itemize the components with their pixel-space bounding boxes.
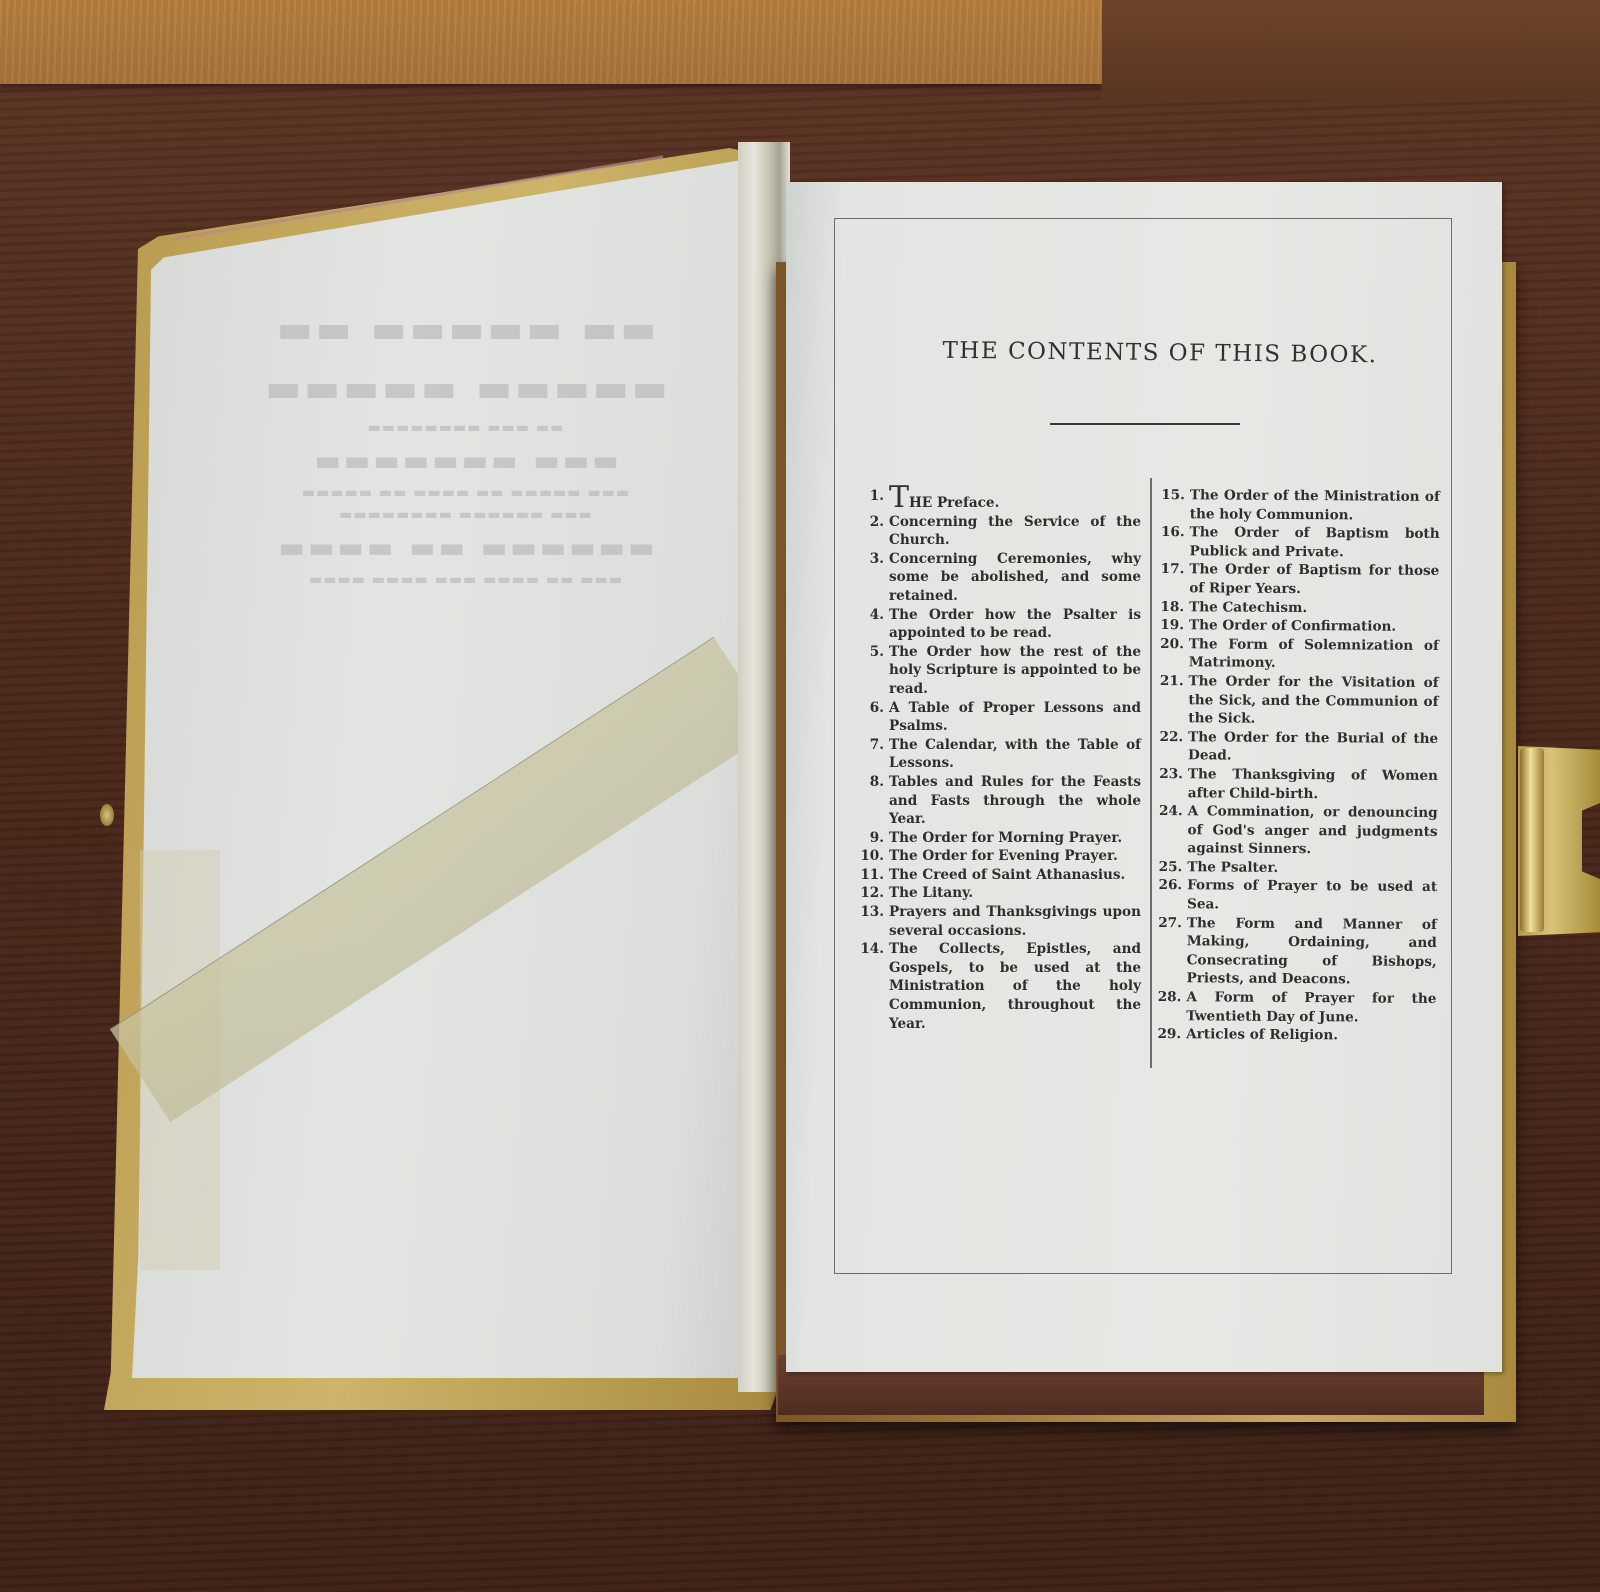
contents-entry: 27.The Form and Manner of Making, Ordain… bbox=[1153, 914, 1437, 990]
contents-entry: 17.The Order of Baptism for those of Rip… bbox=[1156, 560, 1439, 599]
contents-entry: 2.Concerning the Service of the Church. bbox=[856, 513, 1141, 550]
contents-entry: 12.The Litany. bbox=[856, 884, 1141, 903]
contents-entry: 7.The Calendar, with the Table of Lesson… bbox=[856, 736, 1141, 773]
contents-right-column: 15.The Order of the Ministration of the … bbox=[1153, 486, 1440, 1046]
contents-entry: 16.The Order of Baptism both Publick and… bbox=[1156, 523, 1439, 562]
contents-entry: 4.The Order how the Psalter is appointed… bbox=[856, 606, 1141, 643]
contents-entry: 25.The Psalter. bbox=[1154, 858, 1437, 879]
contents-entry: 23.The Thanksgiving of Women after Child… bbox=[1155, 765, 1438, 804]
hinge-barrel-icon bbox=[1520, 748, 1544, 932]
light-wood-board bbox=[0, 0, 1102, 84]
clasp-pin bbox=[100, 804, 114, 826]
contents-entry: 24.A Commination, or denouncing of God's… bbox=[1154, 802, 1437, 860]
contents-entry: 3.Concerning Ceremonies, why some be abo… bbox=[856, 550, 1141, 606]
drop-cap: T bbox=[889, 480, 909, 515]
contents-entry: 13.Prayers and Thanksgivings upon severa… bbox=[856, 903, 1141, 940]
title-rule bbox=[1050, 423, 1240, 425]
contents-entry: 29.Articles of Religion. bbox=[1153, 1025, 1436, 1046]
column-divider bbox=[1150, 478, 1152, 1068]
contents-entry: 19.The Order of Confirmation. bbox=[1156, 616, 1439, 637]
contents-entry: 9.The Order for Morning Prayer. bbox=[856, 829, 1141, 848]
contents-entry: 8.Tables and Rules for the Feasts and Fa… bbox=[856, 773, 1141, 829]
contents-entry: 20.The Form of Solemnization of Matrimon… bbox=[1156, 635, 1439, 674]
contents-entry: 22.The Order for the Burial of the Dead. bbox=[1155, 728, 1438, 767]
contents-entry: 1.THE Preface. bbox=[856, 487, 1141, 513]
contents-entry: 21.The Order for the Visitation of the S… bbox=[1155, 672, 1438, 730]
contents-entry: 14.The Collects, Epistles, and Gospels, … bbox=[856, 940, 1141, 1033]
contents-entry: 15.The Order of the Ministration of the … bbox=[1157, 486, 1440, 525]
contents-entry: 26.Forms of Prayer to be used at Sea. bbox=[1154, 876, 1437, 915]
contents-entry: 11.The Creed of Saint Athanasius. bbox=[856, 866, 1141, 885]
contents-entry: 10.The Order for Evening Prayer. bbox=[856, 847, 1141, 866]
table-background bbox=[1102, 0, 1600, 100]
contents-title: THE CONTENTS OF THIS BOOK. bbox=[920, 337, 1400, 368]
contents-entry: 28.A Form of Prayer for the Twentieth Da… bbox=[1153, 988, 1436, 1027]
contents-left-column: 1.THE Preface. 2.Concerning the Service … bbox=[856, 487, 1141, 1033]
contents-entry: 5.The Order how the rest of the holy Scr… bbox=[856, 643, 1141, 699]
contents-entry: 18.The Catechism. bbox=[1156, 598, 1439, 619]
show-through-title-text: ▬▬ ▬▬▬▬▬ ▬▬ ▬▬▬▬▬ ▬▬▬▬▬ ▬▬ ▬▬▬ ▬▬▬▬▬▬▬▬ … bbox=[230, 300, 700, 591]
contents-entry: 6.A Table of Proper Lessons and Psalms. bbox=[856, 699, 1141, 736]
